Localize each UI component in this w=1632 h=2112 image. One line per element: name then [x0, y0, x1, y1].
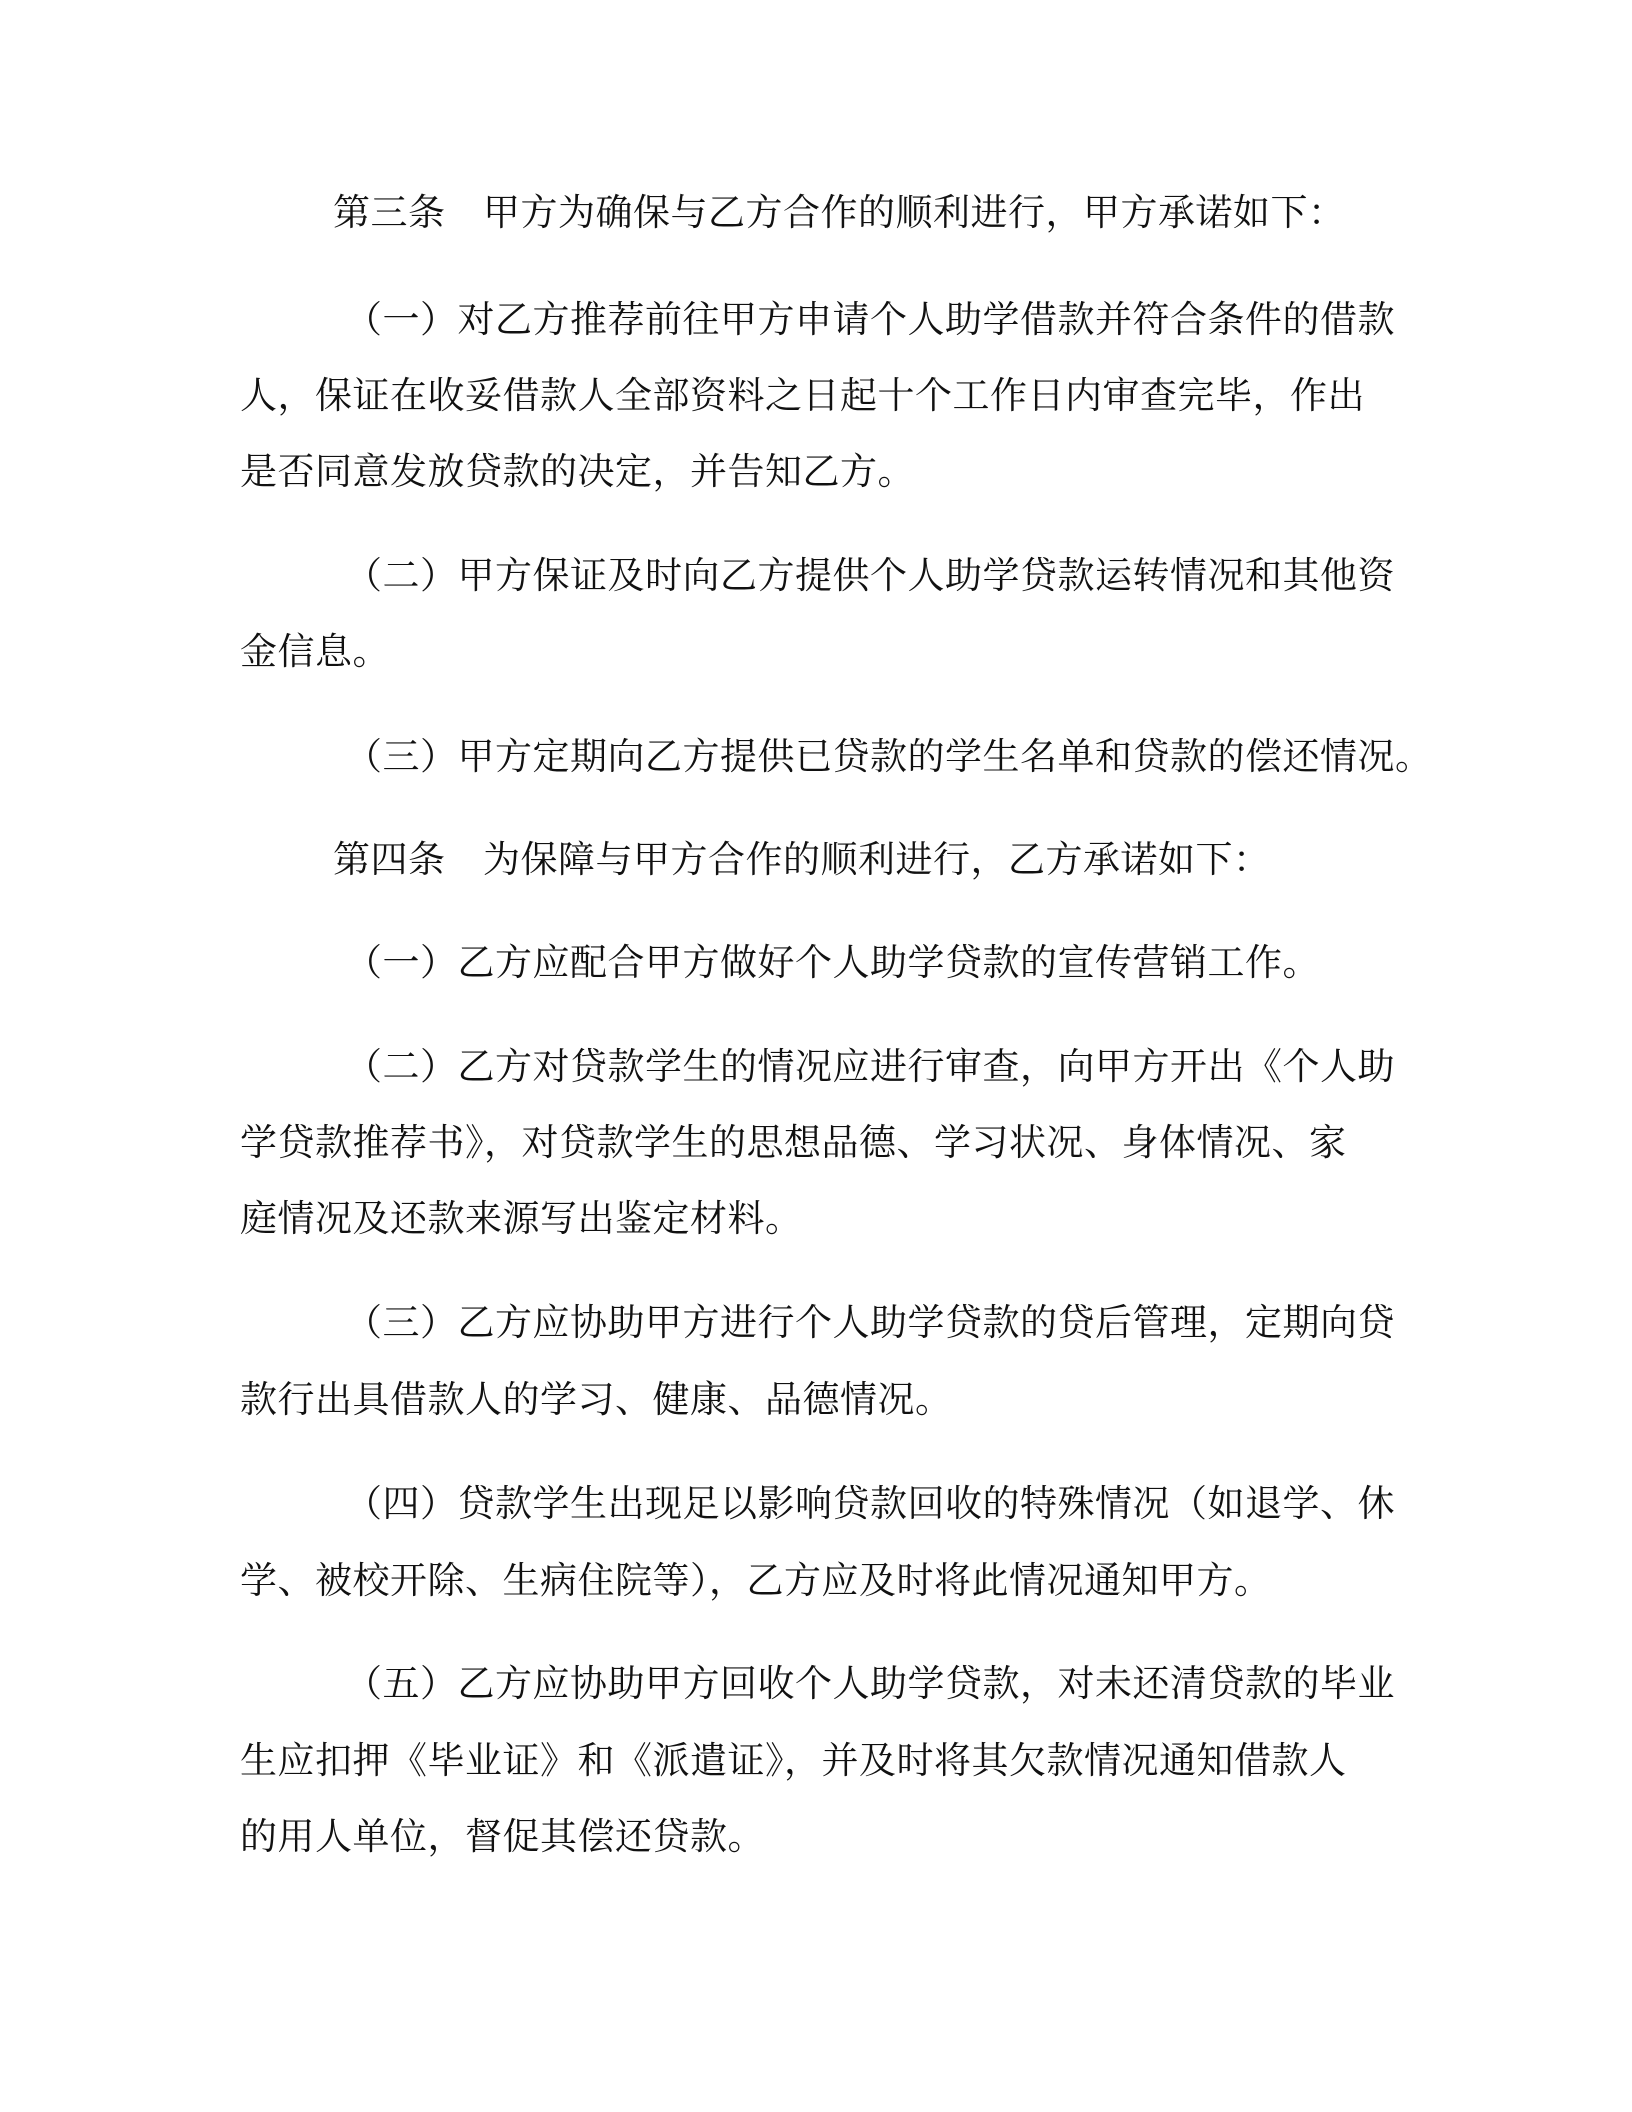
article-4-item-3-line-2: 款行出具借款人的学习、健康、品德情况。: [240, 1378, 953, 1422]
article-4-item-4-line-2: 学、被校开除、生病住院等），乙方应及时将此情况通知甲方。: [240, 1559, 1272, 1603]
article-4-item-4-line-1: （四）贷款学生出现足以影响贷款回收的特殊情况（如退学、休: [345, 1482, 1395, 1526]
article-4-item-5-line-3: 的用人单位，督促其偿还贷款。: [240, 1815, 765, 1859]
article-3-item-1-line-1: （一）对乙方推荐前往甲方申请个人助学借款并符合条件的借款: [345, 298, 1395, 342]
article-3-item-1-line-3: 是否同意发放贷款的决定，并告知乙方。: [240, 450, 915, 494]
article-4-item-2-line-2: 学贷款推荐书》，对贷款学生的思想品德、学习状况、身体情况、家: [240, 1121, 1347, 1165]
article-4-item-1-line-1: （一）乙方应配合甲方做好个人助学贷款的宣传营销工作。: [345, 941, 1320, 985]
article-3-item-2-line-2: 金信息。: [240, 630, 390, 674]
article-4-heading: 第四条 为保障与甲方合作的顺利进行，乙方承诺如下：: [333, 838, 1271, 882]
article-3-item-3-line-1: （三）甲方定期向乙方提供已贷款的学生名单和贷款的偿还情况。: [345, 735, 1433, 779]
article-4-item-5-line-2: 生应扣押《毕业证》和《派遣证》，并及时将其欠款情况通知借款人: [240, 1739, 1347, 1783]
article-4-item-5-line-1: （五）乙方应协助甲方回收个人助学贷款，对未还清贷款的毕业: [345, 1662, 1395, 1706]
article-3-item-1-line-2: 人，保证在收妥借款人全部资料之日起十个工作日内审查完毕，作出: [240, 374, 1365, 418]
article-4-item-2-line-3: 庭情况及还款来源写出鉴定材料。: [240, 1197, 803, 1241]
article-4-item-2-line-1: （二）乙方对贷款学生的情况应进行审查，向甲方开出《个人助: [345, 1045, 1395, 1089]
article-3-item-2-line-1: （二）甲方保证及时向乙方提供个人助学贷款运转情况和其他资: [345, 554, 1395, 598]
document-page: 第三条 甲方为确保与乙方合作的顺利进行，甲方承诺如下： （一）对乙方推荐前往甲方…: [0, 0, 1632, 2112]
article-4-item-3-line-1: （三）乙方应协助甲方进行个人助学贷款的贷后管理，定期向贷: [345, 1301, 1395, 1345]
article-3-heading: 第三条 甲方为确保与乙方合作的顺利进行，甲方承诺如下：: [333, 191, 1346, 235]
